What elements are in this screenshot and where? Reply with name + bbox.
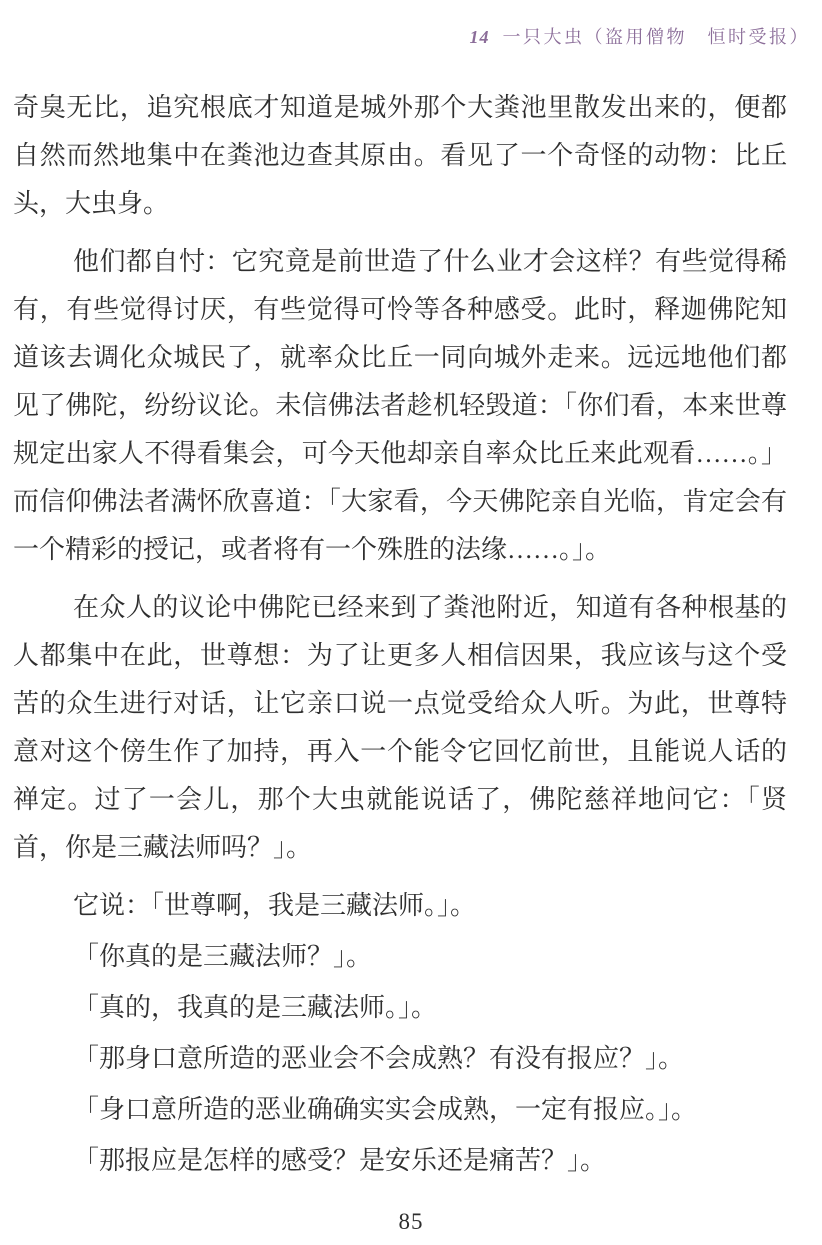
paragraph: 他们都自忖：它究竟是前世造了什么业才会这样？有些觉得稀有，有些觉得讨厌，有些觉得… (13, 238, 787, 574)
chapter-title: 一只大虫（盗用僧物 恒时受报） (503, 27, 811, 47)
running-header: 14 一只大虫（盗用僧物 恒时受报） (470, 23, 811, 49)
chapter-number: 14 (470, 27, 490, 47)
paragraph: 在众人的议论中佛陀已经来到了粪池附近，知道有各种根基的人都集中在此，世尊想：为了… (13, 584, 787, 872)
page-number: 85 (0, 1209, 822, 1235)
page-body: 奇臭无比，追究根底才知道是城外那个大粪池里散发出来的，便都自然而然地集中在粪池边… (13, 84, 787, 1188)
paragraph-dialogue: 「那身口意所造的恶业会不会成熟？有没有报应？」。 (13, 1035, 787, 1083)
book-page: 14 一只大虫（盗用僧物 恒时受报） 奇臭无比，追究根底才知道是城外那个大粪池里… (0, 0, 822, 1245)
paragraph-dialogue: 它说：「世尊啊，我是三藏法师。」。 (13, 882, 787, 930)
paragraph-dialogue: 「身口意所造的恶业确确实实会成熟，一定有报应。」。 (13, 1086, 787, 1134)
paragraph-dialogue: 「真的，我真的是三藏法师。」。 (13, 984, 787, 1032)
paragraph-dialogue: 「你真的是三藏法师？」。 (13, 933, 787, 981)
paragraph-dialogue: 「那报应是怎样的感受？是安乐还是痛苦？」。 (13, 1137, 787, 1185)
paragraph: 奇臭无比，追究根底才知道是城外那个大粪池里散发出来的，便都自然而然地集中在粪池边… (13, 84, 787, 228)
